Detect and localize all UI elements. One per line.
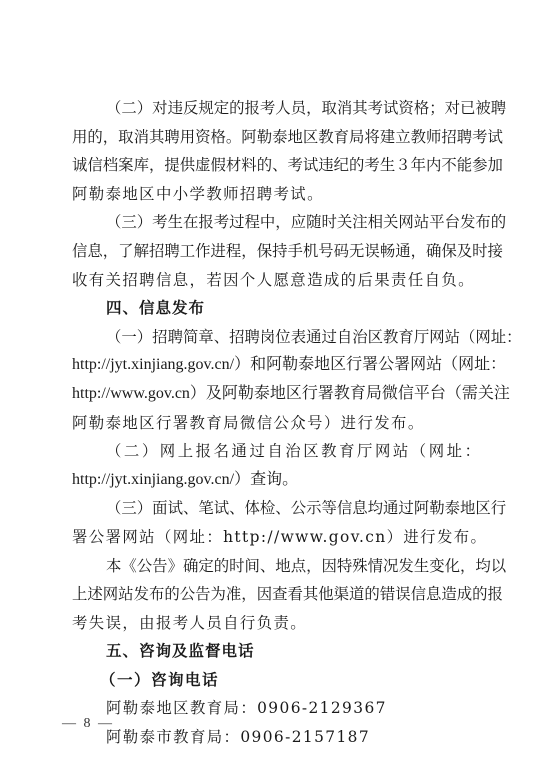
paragraph-line: 用的，取消其聘用资格。阿勒泰地区教育局将建立教师招聘考试 xyxy=(72,123,480,152)
paragraph-line: 阿勒泰地区行署教育局微信公众号）进行发布。 xyxy=(72,409,480,438)
paragraph-line: （二）对违反规定的报考人员，取消其考试资格；对已被聘 xyxy=(72,94,480,123)
contact-line: 阿勒泰市教育局：0906-2157187 xyxy=(72,723,480,752)
section-heading-contact: 五、咨询及监督电话 xyxy=(72,637,480,666)
paragraph-line-with-url: http://www.gov.cn）及阿勒泰地区行署教育局微信平台（需关注 xyxy=(72,380,480,409)
paragraph-line: 考失误，由报考人员自行负责。 xyxy=(72,609,480,638)
paragraph-line-with-url: http://jyt.xinjiang.gov.cn/）查询。 xyxy=(72,466,480,495)
paragraph-line: 诚信档案库，提供虚假材料的、考试违纪的考生３年内不能参加 xyxy=(72,151,480,180)
section-heading-info-release: 四、信息发布 xyxy=(72,294,480,323)
paragraph-line: （二）网上报名通过自治区教育厅网站（网址： xyxy=(72,437,480,466)
paragraph-line: （三）面试、笔试、体检、公示等信息均通过阿勒泰地区行 xyxy=(72,494,480,523)
paragraph-line: 阿勒泰地区中小学教师招聘考试。 xyxy=(72,180,480,209)
paragraph-line: 上述网站发布的公告为准，因查看其他渠道的错误信息造成的报 xyxy=(72,580,480,609)
paragraph-line: 本《公告》确定的时间、地点，因特殊情况发生变化，均以 xyxy=(72,552,480,581)
document-page: （二）对违反规定的报考人员，取消其考试资格；对已被聘 用的，取消其聘用资格。阿勒… xyxy=(72,94,480,752)
paragraph-line-with-url: 署公署网站（网址：http://www.gov.cn）进行发布。 xyxy=(72,523,480,552)
paragraph-line-with-url: http://jyt.xinjiang.gov.cn/）和阿勒泰地区行署公署网站… xyxy=(72,351,480,380)
subheading-consult-phone: （一）咨询电话 xyxy=(72,666,480,695)
paragraph-line: 信息，了解招聘工作进程，保持手机号码无误畅通，确保及时接 xyxy=(72,237,480,266)
contact-line: 阿勒泰地区教育局：0906-2129367 xyxy=(72,694,480,723)
paragraph-line: （一）招聘简章、招聘岗位表通过自治区教育厅网站（网址： xyxy=(72,323,480,352)
paragraph-line: （三）考生在报考过程中，应随时关注相关网站平台发布的 xyxy=(72,208,480,237)
paragraph-line: 收有关招聘信息，若因个人愿意造成的后果责任自负。 xyxy=(72,266,480,295)
page-number: — 8 — xyxy=(62,716,114,732)
